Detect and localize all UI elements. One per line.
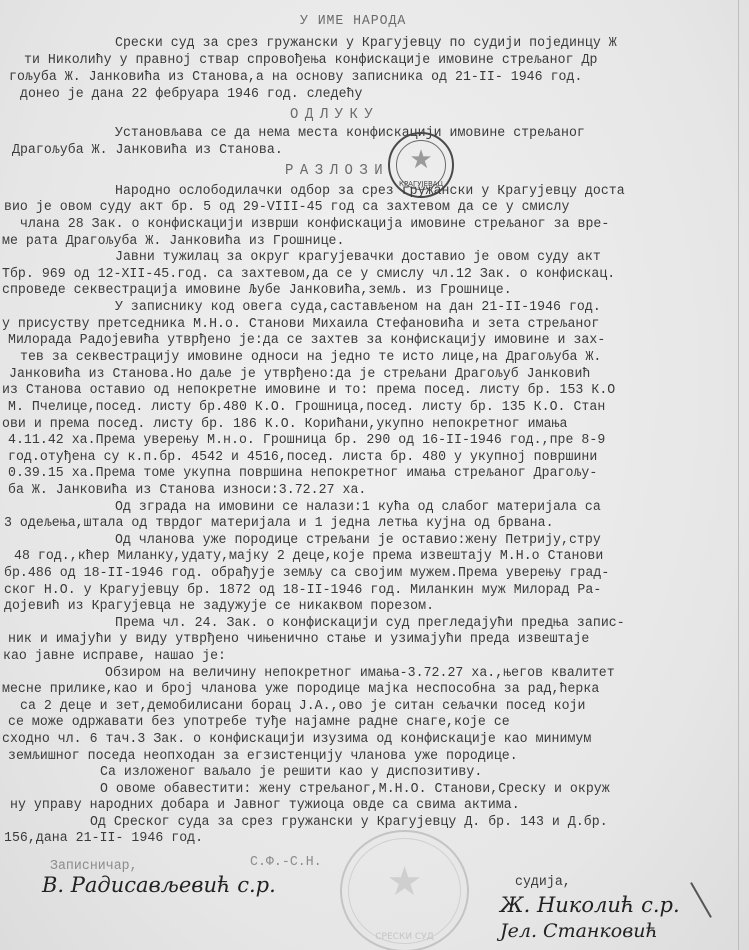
clerk-label: Записничар, [50, 858, 138, 874]
reasons-line: са 2 деце и зет,демобилисани борац Ј.А.,… [20, 698, 585, 714]
reasons-line: Са изложеног ваљало је решити као у дисп… [100, 764, 482, 780]
page-edge [738, 0, 739, 950]
reasons-line: М. Пчелице,посед. листу бр.480 К.О. Грош… [8, 399, 605, 415]
star-icon: ★ [409, 145, 432, 175]
reasons-line: ну управу народних добара и Јавног тужио… [10, 797, 520, 813]
reasons-line: О овоме обавестити: жену стрељаног,М.Н.О… [100, 781, 610, 797]
reasons-line: вио је овом суду акт бр. 5 од 29-VIII-45… [4, 199, 569, 215]
reasons-line: ба Ж. Јанковића из Станова износи:3.72.2… [8, 482, 366, 498]
reasons-line: Од чланова уже породице стрељани је оста… [115, 532, 601, 548]
reasons-line: Јавни тужилац за округ крагујевачки дост… [115, 249, 601, 265]
document-title: У ИМЕ НАРОДА [300, 13, 406, 29]
reasons-line: сходно чл. 6 тач.3 Зак. о конфискацији и… [2, 731, 591, 747]
reasons-line: месне прилике,као и број чланова уже пор… [2, 681, 599, 697]
reasons-line: Народно ослободилачки одбор за срез груж… [115, 183, 625, 199]
faded-court-stamp: ★ СРЕСКИ СУД [340, 830, 469, 950]
clerk-signature: В. Радисављевић с.р. [42, 873, 276, 897]
reasons-line: дојевић из Крагујевца не задужује се ник… [4, 598, 434, 614]
reasons-line: као јавне исправе, нашао је: [3, 648, 226, 664]
intro-line: донео је дана 22 фебруара 1946 год. след… [20, 86, 362, 102]
reasons-line: члана 28 Зак. о конфискацији изврши конф… [20, 216, 609, 232]
judge-label: судија, [515, 874, 571, 890]
certifier-signature: Јел. Станковић [500, 920, 658, 942]
decision-heading: ОДЛУКУ [290, 107, 379, 123]
reasons-line: спроведе секвестрација имовине Љубе Јанк… [2, 282, 512, 298]
intro-line: гољуба Ж. Јанковића из Станова,а на осно… [9, 69, 582, 85]
reasons-line: 48 год.,кћер Миланку,удату,мајку 2 деце,… [14, 548, 603, 564]
document-page: У ИМЕ НАРОДА Срески суд за срез гружанск… [0, 0, 749, 950]
reasons-line: из Станова оставио од непокретне имовине… [2, 382, 615, 398]
star-icon: ★ [387, 859, 423, 905]
pen-mark [690, 882, 712, 918]
reasons-line: бр.486 од 18-II-1946 год. обрађује земљу… [4, 565, 609, 581]
reasons-line: Јанковића из Станова.Но даље је утврђено… [9, 366, 590, 382]
reasons-line: земљишног поседа неопходан за егзистенци… [8, 748, 518, 764]
reasons-line: ови и према посед. листу бр. 186 К.О. Ко… [2, 416, 567, 432]
intro-line: Срески суд за срез гружански у Крагујевц… [115, 35, 617, 51]
reasons-line: ског Н.О. у Крагујевцу бр. 1872 од 18-II… [4, 582, 601, 598]
reasons-line: У записнику код овега суда,састављеном н… [115, 299, 601, 315]
initials: С.Ф.-С.Н. [250, 854, 322, 870]
decision-line: Драгољуба Ж. Јанковића из Станова. [12, 142, 283, 158]
reasons-line: Обзиром на величину непокретног имања-3.… [105, 665, 615, 681]
stamp-label: СРЕСКИ СУД [342, 932, 467, 942]
reasons-line: Тбр. 969 од 12-XII-45.год. са захтевом,д… [2, 266, 615, 282]
reasons-line: ник и имајући у виду утврђено чињенично … [8, 631, 589, 647]
reasons-line: 156,дана 21-II- 1946 год. [4, 830, 203, 846]
reasons-line: Од зграда на имовини се налази:1 кућа од… [115, 499, 601, 515]
reasons-line: тев за секвестрацију имовине односи на ј… [20, 349, 601, 365]
reasons-line: 0.39.15 ха.Према томе укупна површина не… [8, 465, 597, 481]
reasons-heading: РАЗЛОЗИ [285, 163, 389, 179]
reasons-line: Милорада Радојевића утврђено је:да се за… [8, 332, 605, 348]
intro-line: ти Николићу у правној ствар спровођења к… [24, 52, 597, 68]
reasons-line: год.отуђена су к.п.бр. 4542 и 4516,посед… [8, 449, 597, 465]
decision-line: Установљава се да нема места конфискациј… [115, 125, 585, 141]
reasons-line: се може одржавати без употребе туђе наја… [8, 714, 510, 730]
reasons-line: Према чл. 24. Зак. о конфискацији суд пр… [115, 615, 625, 631]
reasons-line: 3 одељења,штала од тврдог материјала и 1… [4, 515, 554, 531]
reasons-line: Од Среског суда за срез гружански у Краг… [90, 814, 608, 830]
reasons-line: 4.11.42 ха.Према уверењу М.н.о. Грошница… [8, 432, 605, 448]
judge-signature: Ж. Николић с.р. [500, 893, 680, 917]
reasons-line: ме рата Драгољуба Ж. Јанковића из Грошни… [2, 233, 344, 249]
reasons-line: у присуству претседника М.Н.о. Станови М… [2, 316, 599, 332]
